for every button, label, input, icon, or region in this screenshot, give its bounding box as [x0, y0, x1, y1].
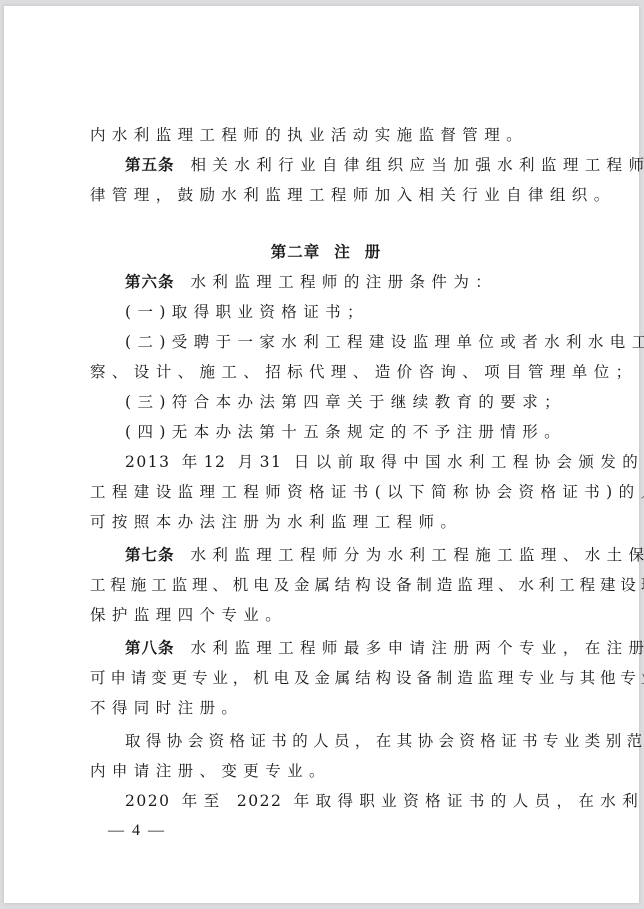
article-6-line-1: 第六条水利监理工程师的注册条件为：	[125, 272, 497, 292]
article-6-text: 水利监理工程师的注册条件为：	[191, 273, 498, 291]
article-6-item-4: (四)无本办法第十五条规定的不予注册情形。	[125, 422, 566, 442]
document-page: 内水利监理工程师的执业活动实施监督管理。 第五条相关水利行业自律组织应当加强水利…	[4, 6, 639, 903]
paragraph-2020-line-1: 2020 年至 2022 年取得职业资格证书的人员，在水利工程施	[125, 791, 644, 811]
page-number: — 4 —	[108, 821, 166, 841]
chapter-heading: 第二章注册	[90, 242, 562, 262]
text-year-to: 年至	[182, 792, 226, 810]
article-5-text: 相关水利行业自律组织应当加强水利监理工程师自	[191, 156, 644, 174]
article-8-line-2: 可申请变更专业，机电及金属结构设备制造监理专业与其他专业	[90, 668, 644, 688]
year-2020: 2020	[125, 792, 170, 810]
paragraph-2020-text: 年取得职业资格证书的人员，在水利工程施	[294, 792, 644, 810]
article-7-line-3: 保护监理四个专业。	[90, 605, 287, 625]
article-6-item-1: (一)取得职业资格证书；	[125, 302, 369, 322]
article-8-text: 水利监理工程师最多申请注册两个专业，在注册后	[191, 639, 644, 657]
paragraph-2013-line-2: 工程建设监理工程师资格证书(以下简称协会资格证书)的人员，	[90, 482, 644, 502]
article-5-line-2: 律管理，鼓励水利监理工程师加入相关行业自律组织。	[90, 185, 616, 205]
article-6-title: 第六条	[125, 273, 175, 291]
article-5-title: 第五条	[125, 156, 175, 174]
article-7-title: 第七条	[125, 546, 175, 564]
article-7-line-1: 第七条水利监理工程师分为水利工程施工监理、水土保持	[125, 545, 644, 565]
article-6-item-3: (三)符合本办法第四章关于继续教育的要求；	[125, 392, 566, 412]
paragraph-association-line-2: 内申请注册、变更专业。	[90, 761, 331, 781]
article-7-text: 水利监理工程师分为水利工程施工监理、水土保持	[191, 546, 644, 564]
paragraph-2013-line-3: 可按照本办法注册为水利监理工程师。	[90, 512, 462, 532]
paragraph-2013-line-1: 2013 年12 月31 日以前取得中国水利工程协会颁发的水利	[125, 452, 644, 472]
article-6-item-2-line-1: (二)受聘于一家水利工程建设监理单位或者水利水电工程勘	[125, 332, 644, 352]
day-31: 31	[260, 453, 283, 471]
article-8-line-1: 第八条水利监理工程师最多申请注册两个专业，在注册后	[125, 638, 644, 658]
chapter-word-1: 注	[334, 243, 351, 261]
article-5-line-1: 第五条相关水利行业自律组织应当加强水利监理工程师自	[125, 155, 644, 175]
text-year: 年	[182, 453, 204, 471]
year-2013: 2013	[125, 453, 170, 471]
article-8-line-3: 不得同时注册。	[90, 698, 243, 718]
paragraph-2013-text: 日以前取得中国水利工程协会颁发的水利	[294, 453, 644, 471]
article-8-title: 第八条	[125, 639, 175, 657]
year-2022: 2022	[237, 792, 282, 810]
article-7-line-2: 工程施工监理、机电及金属结构设备制造监理、水利工程建设环境	[90, 575, 644, 595]
paragraph-line: 内水利监理工程师的执业活动实施监督管理。	[90, 125, 528, 145]
article-6-item-2-line-2: 察、设计、施工、招标代理、造价咨询、项目管理单位；	[90, 362, 638, 382]
chapter-number: 第二章	[271, 243, 321, 261]
paragraph-association-line-1: 取得协会资格证书的人员，在其协会资格证书专业类别范围	[125, 731, 644, 751]
chapter-word-2: 册	[365, 243, 382, 261]
month-12: 12	[204, 453, 227, 471]
text-month: 月	[238, 453, 260, 471]
